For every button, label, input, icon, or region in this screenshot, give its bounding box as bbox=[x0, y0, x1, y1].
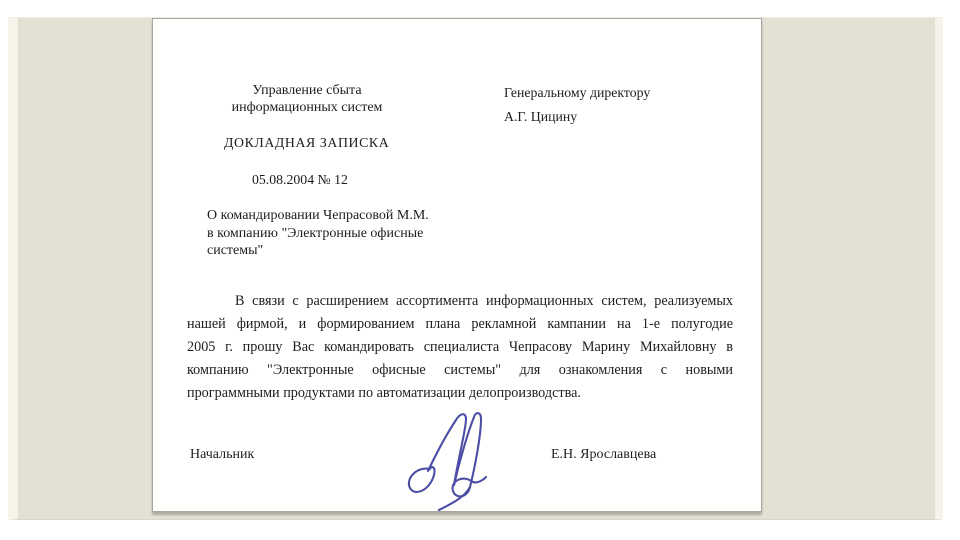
slide-background: Управление сбыта информационных систем Г… bbox=[8, 17, 943, 520]
signer-name: Е.Н. Ярославцева bbox=[551, 447, 656, 463]
body-line: нашей фирмой, и формированием плана рекл… bbox=[187, 313, 733, 336]
body-line: 2005 г. прошу Вас командировать специали… bbox=[187, 336, 733, 359]
addressee-block: Генеральному директору А.Г. Цицину bbox=[504, 85, 650, 124]
date-and-number: 05.08.2004 № 12 bbox=[252, 172, 348, 188]
document-type-title: ДОКЛАДНАЯ ЗАПИСКА bbox=[224, 135, 389, 151]
department-block: Управление сбыта информационных систем bbox=[211, 83, 403, 116]
department-line-2: информационных систем bbox=[211, 100, 403, 117]
signature-flourish-icon bbox=[396, 405, 491, 513]
subject-block: О командировании Чепрасовой М.М. в компа… bbox=[207, 207, 429, 260]
presentation-canvas: Управление сбыта информационных систем Г… bbox=[0, 0, 960, 540]
addressee-name: А.Г. Цицину bbox=[504, 109, 650, 124]
subject-line-3: системы" bbox=[207, 242, 429, 260]
addressee-position: Генеральному директору bbox=[504, 85, 650, 100]
document-page: Управление сбыта информационных систем Г… bbox=[152, 18, 762, 512]
subject-line-1: О командировании Чепрасовой М.М. bbox=[207, 207, 429, 225]
body-line: компанию "Электронные офисные системы" д… bbox=[187, 359, 733, 382]
signer-title: Начальник bbox=[190, 447, 254, 463]
department-line-1: Управление сбыта bbox=[211, 83, 403, 100]
handwritten-signature bbox=[396, 405, 491, 513]
subject-line-2: в компанию "Электронные офисные bbox=[207, 225, 429, 243]
body-line: В связи с расширением ассортимента инфор… bbox=[187, 290, 733, 313]
body-line: программными продуктами по автоматизации… bbox=[187, 382, 733, 405]
body-paragraph: В связи с расширением ассортимента инфор… bbox=[187, 290, 733, 405]
